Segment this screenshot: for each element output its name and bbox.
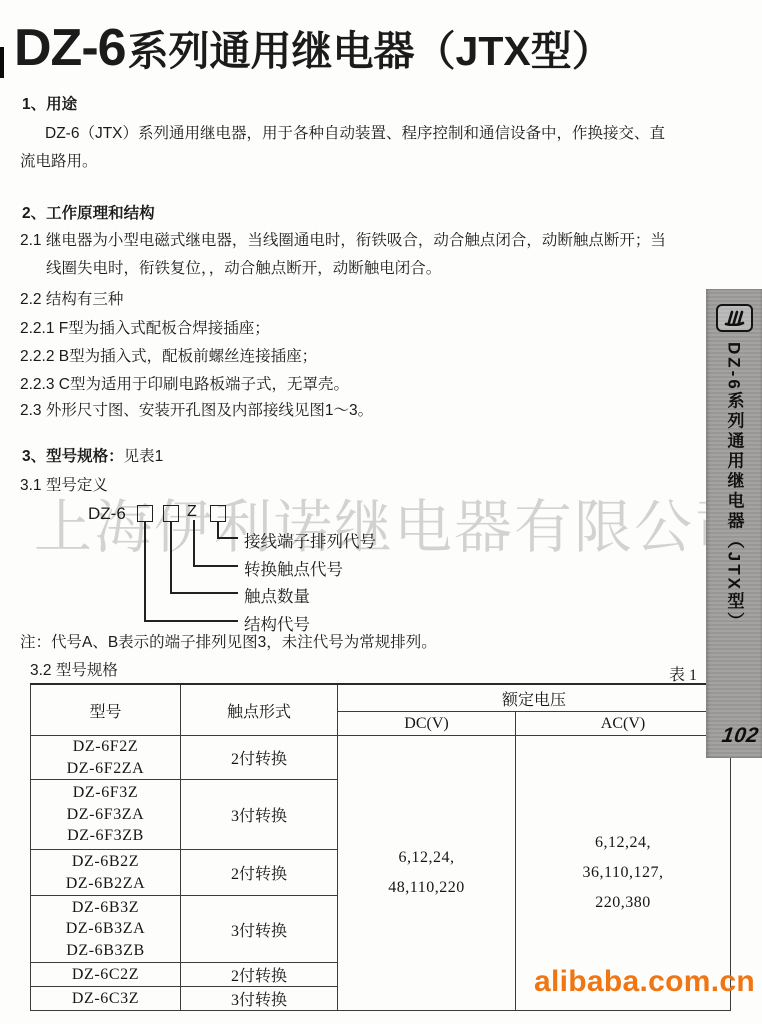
- col-header-model: 型号: [31, 684, 181, 736]
- diagram-connector-line: [217, 522, 219, 537]
- principle-22: 2.2 结构有三种: [20, 287, 123, 309]
- page-number: 102: [721, 724, 761, 748]
- diagram-connector-line: [170, 522, 172, 592]
- contact-cell: 2付转换: [181, 850, 338, 896]
- alibaba-watermark: alibaba.com.cn: [534, 965, 755, 999]
- side-tab-vertical-title: DZ-6系列通用继电器（JTX型）: [722, 342, 747, 694]
- diagram-label-contact-code: 转换触点代号: [244, 556, 343, 580]
- dc-voltage-cell: 6,12,24, 48,110,220: [338, 736, 516, 1011]
- page-title-model: DZ-6: [14, 18, 126, 78]
- brand-logo-icon: [716, 304, 753, 332]
- section-3-heading-bold: 3、型号规格：: [22, 448, 124, 465]
- diagram-prefix: DZ-6: [88, 504, 126, 524]
- diagram-fixed-code: Z: [187, 503, 197, 521]
- table-caption: 表 1: [669, 662, 697, 685]
- contact-cell: 2付转换: [181, 963, 338, 987]
- diagram-connector-line: [193, 520, 195, 565]
- principle-21-line-2: 线圈失电时，衔铁复位，，动合触点断开，动断触电闭合。: [46, 256, 441, 278]
- col-header-contact: 触点形式: [181, 684, 338, 736]
- page-title: DZ-6 系列通用继电器（JTX型）: [14, 18, 613, 78]
- subsection-32: 3.2 型号规格: [30, 658, 118, 680]
- diagram-connector-line: [193, 565, 238, 567]
- diagram-label-contact-count: 触点数量: [244, 583, 310, 607]
- model-cell: DZ-6F2Z DZ-6F2ZA: [31, 736, 181, 780]
- model-cell: DZ-6F3Z DZ-6F3ZA DZ-6F3ZB: [31, 780, 181, 850]
- section-3-heading: 3、型号规格：见表1: [22, 444, 163, 466]
- section-1-heading: 1、用途: [22, 92, 77, 114]
- brand-logo-glyph: [722, 310, 746, 326]
- diagram-connector-line: [144, 522, 146, 620]
- diagram-box-contacts: [163, 505, 179, 522]
- scan-edge-mark: [0, 47, 4, 78]
- principle-221: 2.2.1 F型为插入式配板合焊接插座；: [20, 316, 270, 338]
- diagram-label-terminal-code: 接线端子排列代号: [244, 528, 376, 552]
- section-3-heading-rest: 见表1: [124, 448, 164, 465]
- diagram-connector-line: [170, 592, 238, 594]
- company-watermark: 上海伊利诺继电器有限公司: [34, 480, 754, 564]
- model-cell: DZ-6B2Z DZ-6B2ZA: [31, 850, 181, 896]
- col-header-dc: DC(V): [338, 712, 516, 736]
- contact-cell: 3付转换: [181, 896, 338, 963]
- principle-21-line-1: 2.1 继电器为小型电磁式继电器，当线圈通电时，衔铁吸合，动合触点闭合，动断触点…: [20, 228, 666, 250]
- diagram-box-structure: [137, 505, 153, 522]
- diagram-connector-line: [217, 537, 238, 539]
- col-header-ac: AC(V): [516, 712, 731, 736]
- spec-table: 型号 触点形式 额定电压 DC(V) AC(V) DZ-6F2Z DZ-6F2Z…: [30, 683, 731, 1011]
- diagram-box-terminal: [210, 505, 226, 522]
- table-row: DZ-6F2Z DZ-6F2ZA 2付转换 6,12,24, 48,110,22…: [31, 736, 731, 780]
- diagram-note: 注：代号A、B表示的端子排列见图3，未注代号为常规排列。: [20, 630, 437, 652]
- model-cell: DZ-6B3Z DZ-6B3ZA DZ-6B3ZB: [31, 896, 181, 963]
- section-2-heading: 2、工作原理和结构: [22, 201, 155, 223]
- principle-223: 2.2.3 C型为适用于印刷电路板端子式，无罩壳。: [20, 372, 349, 394]
- side-tab: DZ-6系列通用继电器（JTX型） 102: [706, 289, 762, 758]
- contact-cell: 3付转换: [181, 987, 338, 1011]
- col-header-voltage: 额定电压: [338, 684, 731, 712]
- contact-cell: 3付转换: [181, 780, 338, 850]
- usage-line-1: DZ-6（JTX）系列通用继电器，用于各种自动装置、程序控制和通信设备中，作换接…: [45, 121, 665, 143]
- contact-cell: 2付转换: [181, 736, 338, 780]
- page-title-rest: 系列通用继电器（JTX型）: [128, 18, 613, 77]
- diagram-connector-line: [144, 620, 238, 622]
- model-cell: DZ-6C2Z: [31, 963, 181, 987]
- model-cell: DZ-6C3Z: [31, 987, 181, 1011]
- principle-23: 2.3 外形尺寸图、安装开孔图及内部接线见图1～3。: [20, 398, 373, 420]
- usage-line-2: 流电路用。: [20, 149, 98, 171]
- subsection-31: 3.1 型号定义: [20, 473, 108, 495]
- principle-222: 2.2.2 B型为插入式，配板前螺丝连接插座；: [20, 344, 317, 366]
